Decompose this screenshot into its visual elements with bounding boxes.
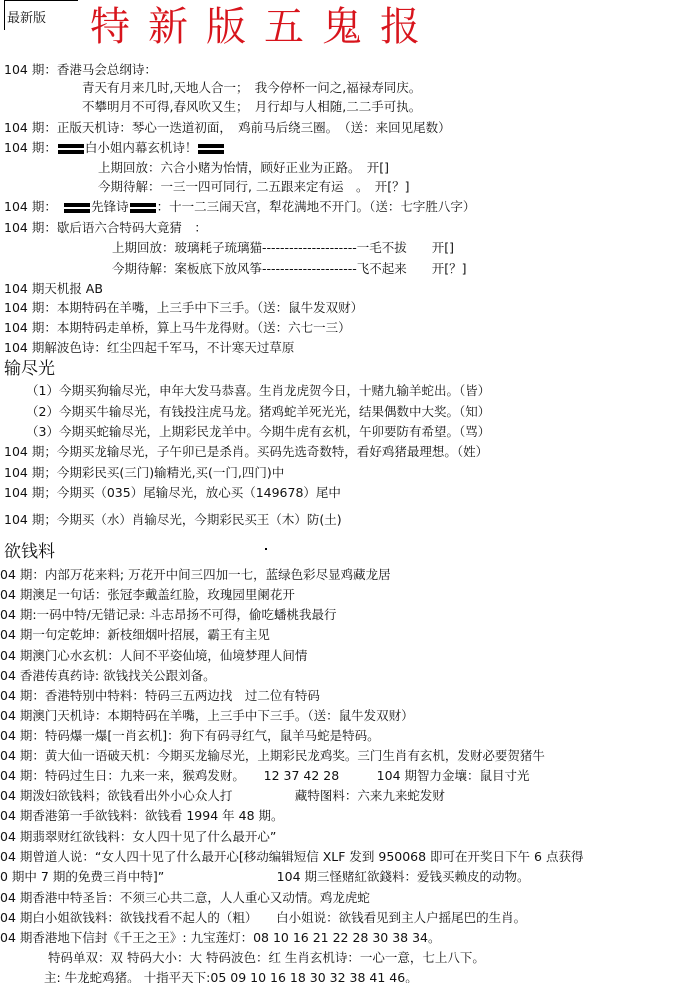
text-line: 04 期香港地下信封《千王之王》: 九宝莲灯：08 10 16 21 22 28… [0, 930, 441, 946]
text-line: 不攀明月不可得,春风吹又生； 月行却与人相随,二二手可执。 [82, 99, 421, 115]
text-line: （1）今期买狗输尽光，申年大发马恭喜。生肖龙虎贺今日，十赌九输羊蛇出。（皆） [26, 383, 490, 399]
stray-dot [265, 548, 267, 550]
text-line: 特码单双：双 特码大小：大 特码波色：红 生肖玄机诗：一心一意，七上八下。 [48, 950, 485, 966]
text-line: 04 期香港中特圣旨：不须三心共二意，人人重心又动情。鸡龙虎蛇 [0, 890, 370, 906]
text-line: 104 期：本期特码在羊嘴，上三手中下三手。（送：鼠牛发双财） [4, 300, 363, 316]
section-heading-lose-all: 输尽光 [4, 359, 55, 379]
text-line: 上期回放：六合小赌为怡情，顾好正业为正路。 开[] [98, 160, 389, 176]
double-bar-icon [64, 203, 90, 213]
text-line: 104 期；今期买（水）肖输尽光，今期彩民买王（木）防(土) [4, 512, 342, 528]
text-line: 04 期：内部万花来料; 万花开中间三四加一七，蓝绿色彩尽显鸡藏龙居 [0, 567, 391, 583]
text-line: 104 期；今期买（035）尾输尽光，放心买（149678）尾中 [4, 485, 341, 501]
text-line: 104 期；今期彩民买(三门)输精光,买(一门,四门)中 [4, 465, 284, 481]
text-line: 04 期：特码爆一爆[一肖玄机]：狗下有码寻红气，鼠羊马蛇是特码。 [0, 728, 380, 744]
text-line: 04 期翡翠财红欲钱料：女人四十见了什么最开心” [0, 829, 276, 845]
text-line: 104 期：正版天机诗：琴心一迭道初面， 鸡前马后绕三圈。 （送：来回见尾数） [4, 120, 451, 136]
edition-badge: 最新版 [4, 0, 78, 30]
text-line: 04 期澳足一句话：张冠李戴盖红脸，玫瑰园里阑花开 [0, 587, 295, 603]
section-heading-want-money: 欲钱料 [4, 542, 55, 562]
text-line: 104 期天机报 AB [4, 281, 103, 297]
text-line: 上期回放：玻璃耗子琉璃猫---------------------一毛不拔 开[… [112, 240, 454, 256]
text-line: 04 期曾道人说：“女人四十见了什么最开心[移动编辑短信 XLF 发到 9500… [0, 849, 583, 865]
text-line: 04 香港传真药诗: 欲钱找关公跟刘备。 [0, 668, 216, 684]
text-line: 04 期：黄大仙一语破天机：今期买龙输尽光，上期彩民龙鸡奖。三门生肖有玄机，发财… [0, 748, 545, 764]
text-line: 04 期白小姐欲钱料：欲钱找看不起人的（粗） 白小姐说：欲钱看见到主人户摇尾巴的… [0, 910, 526, 926]
text-line: 0 期中 7 期的免费三肖中特]” 104 期三怪赌紅欲錢料：爱钱买赖皮的动物。 [0, 869, 530, 885]
text-line: 104 期解波色诗：红尘四起千军马，不计寒天过草原 [4, 340, 294, 356]
text-line: 104 期： 先锋诗：十一二三闹天宫，犁花满地不开门。（送：七字胜八字） [4, 199, 475, 215]
text-line: 04 期香港第一手欲钱料：欲钱看 1994 年 48 期。 [0, 808, 284, 824]
text-line: 104 期：歇后语六合特码大竟猜 ： [4, 220, 207, 236]
double-bar-icon [130, 203, 156, 213]
text-line: 04 期一句定乾坤：新枝细烟叶招展，霸王有主见 [0, 627, 270, 643]
text-line: 主: 牛龙蛇鸡猪。 十指平天下:05 09 10 16 18 30 32 38 … [44, 970, 418, 983]
text-line: 04 期：特码过生日：九来一来，猴鸡发财。 12 37 42 28 104 期智… [0, 768, 530, 784]
text-line: （2）今期买牛输尽光，有钱投注虎马龙。猪鸡蛇羊死光光，结果偶数中大奖。（知） [26, 404, 490, 420]
double-bar-icon [198, 144, 224, 154]
text-line: 104 期；今期买龙输尽光，子午卯已是杀肖。买码先选奇数特，看好鸡猪最理想。（姓… [4, 444, 488, 460]
double-bar-icon [58, 144, 84, 154]
text-line: （3）今期买蛇输尽光，上期彩民龙羊中。今期牛虎有玄机，午卯要防有希望。（骂） [26, 424, 490, 440]
text-line: 今期待解：案板底下放风筝---------------------飞不起来 开[… [112, 261, 466, 277]
text-line: 104 期：白小姐内幕玄机诗！ [4, 140, 225, 156]
text-line: 04 期：香港特别中特料：特码三五两边找 过二位有特码 [0, 688, 320, 704]
text-line: 104 期：本期特码走单桥，算上马牛龙得财。（送：六七一三） [4, 320, 351, 336]
text-line: 04 期泼妇欲钱料；欲钱看出外小心众人打 藏特图料：六来九来蛇发财 [0, 788, 445, 804]
text-line: 04 期澳门心水玄机：人间不平姿仙境，仙境梦理人间情 [0, 648, 307, 664]
text-line: 青天有月来几时,天地人合一； 我今停杯一问之,福禄寿同庆。 [82, 80, 421, 96]
text-line: 今期待解：一三一四可同行, 二五跟来定有运 。 开[？] [98, 179, 409, 195]
text-line: 104 期：香港马会总纲诗： [4, 62, 157, 78]
text-line: 04 期:一码中特/无错记录: 斗志昂扬不可得，偷吃蟠桃我最行 [0, 607, 337, 623]
page-title: 特新版五鬼报 [90, 4, 438, 50]
text-line: 04 期澳门天机诗：本期特码在羊嘴，上三手中下三手。（送：鼠牛发双财） [0, 708, 414, 724]
